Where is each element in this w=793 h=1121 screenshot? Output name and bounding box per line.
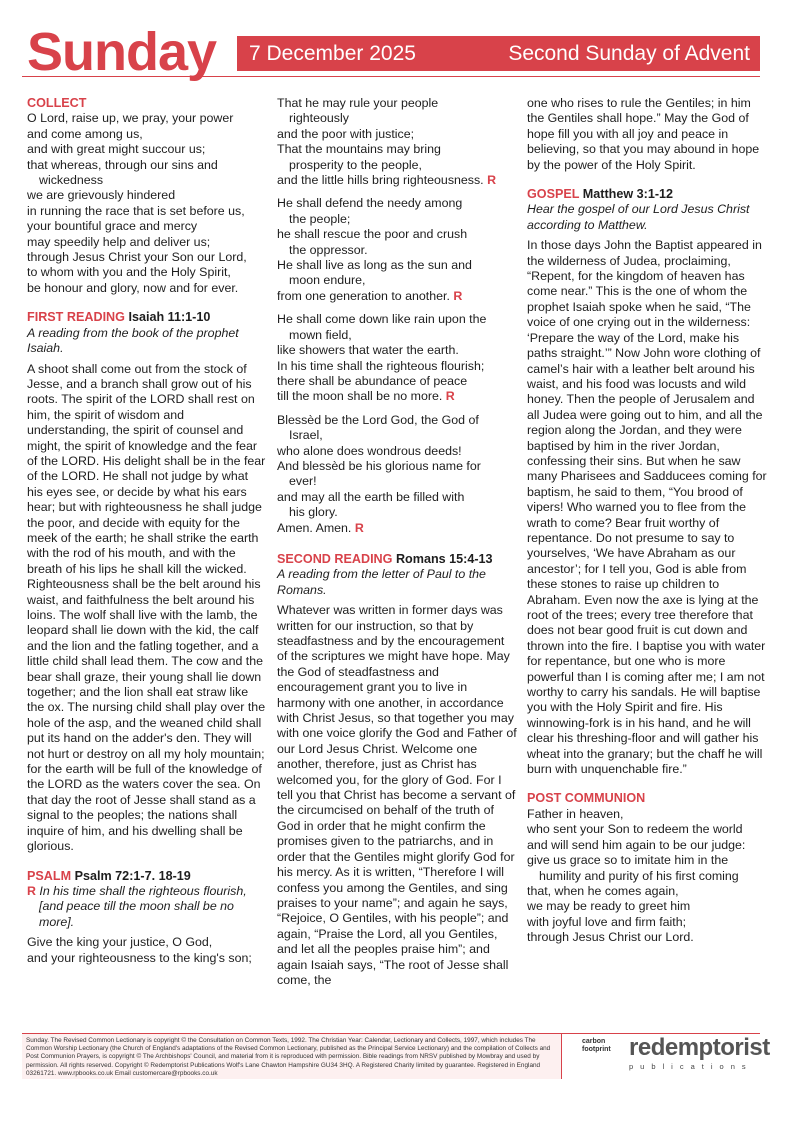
post-communion-line: that, when he comes again,: [527, 884, 767, 899]
publisher-logo: redemptorist publications: [629, 1034, 764, 1071]
post-communion-heading: POST COMMUNION: [527, 791, 767, 806]
psalm-line: Blessèd be the Lord God, the God of: [277, 413, 517, 428]
response-marker: R: [487, 173, 496, 187]
page-footer: Sunday. The Revised Common Lectionary is…: [22, 1033, 760, 1078]
collect-line: and come among us,: [27, 127, 267, 142]
psalm-line: That the mountains may bring: [277, 142, 517, 157]
psalm-line: there shall be abundance of peace: [277, 374, 517, 389]
second-reading-text: Whatever was written in former days was …: [277, 603, 517, 988]
column-2: That he may rule your people righteously…: [277, 96, 517, 998]
psalm-reference: Psalm 72:1-7. 18-19: [75, 869, 191, 883]
psalm-heading: PSALM Psalm 72:1-7. 18-19: [27, 869, 267, 884]
gospel-section: GOSPEL Matthew 3:1-12 Hear the gospel of…: [527, 187, 767, 777]
gospel-heading: GOSPEL Matthew 3:1-12: [527, 187, 767, 202]
collect-line: to whom with you and the Holy Spirit,: [27, 265, 267, 280]
first-reading-intro: A reading from the book of the prophet I…: [27, 326, 267, 357]
psalm-line: the oppressor.: [277, 243, 517, 258]
psalm-line: and the little hills bring righteousness…: [277, 173, 484, 187]
post-communion-line: through Jesus Christ our Lord.: [527, 930, 767, 945]
column-1: COLLECT O Lord, raise up, we pray, your …: [27, 96, 267, 976]
gospel-intro: Hear the gospel of our Lord Jesus Christ…: [527, 202, 767, 233]
psalm-line: from one generation to another.: [277, 289, 450, 303]
psalm-stanza-3: He shall come down like rain upon the mo…: [277, 312, 517, 404]
psalm-response: R In his time shall the righteous flouri…: [27, 884, 267, 930]
post-communion-line: give us grace so to imitate him in the: [527, 853, 767, 868]
occasion-text: Second Sunday of Advent: [508, 42, 750, 66]
psalm-line: like showers that water the earth.: [277, 343, 517, 358]
psalm-line: ever!: [277, 474, 517, 489]
first-reading-reference: Isaiah 11:1-10: [128, 310, 210, 324]
second-reading-heading: SECOND READING Romans 15:4-13: [277, 552, 517, 567]
psalm-line: and your righteousness to the king's son…: [27, 951, 267, 966]
post-communion-line: with joyful love and firm faith;: [527, 915, 767, 930]
psalm-line: Give the king your justice, O God,: [27, 935, 267, 950]
psalm-line: Amen. Amen.: [277, 521, 351, 535]
publisher-subtitle: publications: [629, 1062, 764, 1071]
publisher-name: redemptorist: [629, 1034, 764, 1062]
response-marker: R: [446, 389, 455, 403]
collect-heading: COLLECT: [27, 96, 267, 111]
second-reading-intro: A reading from the letter of Paul to the…: [277, 567, 517, 598]
psalm-line: till the moon shall be no more.: [277, 389, 442, 403]
collect-line: we are grievously hindered: [27, 188, 267, 203]
post-communion-line: humility and purity of his first coming: [527, 869, 767, 884]
psalm-line: prosperity to the people,: [277, 158, 517, 173]
post-communion-line: who sent your Son to redeem the world: [527, 822, 767, 837]
copyright-notice: Sunday. The Revised Common Lectionary is…: [22, 1034, 562, 1079]
first-reading-heading: FIRST READING Isaiah 11:1-10: [27, 310, 267, 325]
collect-line: through Jesus Christ your Son our Lord,: [27, 250, 267, 265]
post-communion-line: Father in heaven,: [527, 807, 767, 822]
second-reading-reference: Romans 15:4-13: [396, 552, 493, 566]
psalm-line: He shall come down like rain upon the: [277, 312, 517, 327]
psalm-line: and the poor with justice;: [277, 127, 517, 142]
collect-line: wickedness: [27, 173, 267, 188]
page-header: Sunday 7 December 2025 Second Sunday of …: [22, 20, 760, 82]
date-banner: 7 December 2025 Second Sunday of Advent: [237, 36, 760, 71]
psalm-line: he shall rescue the poor and crush: [277, 227, 517, 242]
psalm-line: and may all the earth be filled with: [277, 490, 517, 505]
psalm-line: the people;: [277, 212, 517, 227]
header-rule: [22, 76, 760, 77]
psalm-line: who alone does wondrous deeds!: [277, 444, 517, 459]
second-reading-continued: one who rises to rule the Gentiles; in h…: [527, 96, 767, 173]
psalm-line: That he may rule your people: [277, 96, 517, 111]
collect-line: O Lord, raise up, we pray, your power: [27, 111, 267, 126]
collect-line: be honour and glory, now and for ever.: [27, 281, 267, 296]
collect-line: your bountiful grace and mercy: [27, 219, 267, 234]
response-marker: R: [27, 884, 36, 898]
psalm-section: PSALM Psalm 72:1-7. 18-19 R In his time …: [27, 869, 267, 966]
second-reading-section: SECOND READING Romans 15:4-13 A reading …: [277, 552, 517, 988]
psalm-line: Israel,: [277, 428, 517, 443]
psalm-line: mown field,: [277, 328, 517, 343]
post-communion-line: and will send him again to be our judge:: [527, 838, 767, 853]
post-communion-section: POST COMMUNION Father in heaven, who sen…: [527, 791, 767, 945]
psalm-line: moon endure,: [277, 273, 517, 288]
day-title: Sunday: [27, 22, 216, 82]
collect-line: and with great might succour us;: [27, 142, 267, 157]
psalm-line: He shall defend the needy among: [277, 196, 517, 211]
collect-line: may speedily help and deliver us;: [27, 235, 267, 250]
date-text: 7 December 2025: [249, 42, 416, 66]
first-reading-section: FIRST READING Isaiah 11:1-10 A reading f…: [27, 310, 267, 854]
gospel-text: In those days John the Baptist appeared …: [527, 238, 767, 777]
second-reading-text-cont: one who rises to rule the Gentiles; in h…: [527, 96, 767, 173]
psalm-line: In his time shall the righteous flourish…: [277, 359, 517, 374]
gospel-reference: Matthew 3:1-12: [583, 187, 673, 201]
first-reading-text: A shoot shall come out from the stock of…: [27, 362, 267, 855]
psalm-stanza-4: Blessèd be the Lord God, the God of Isra…: [277, 413, 517, 536]
psalm-line: righteously: [277, 111, 517, 126]
psalm-stanza-1-cont: That he may rule your people righteously…: [277, 96, 517, 188]
psalm-line: He shall live as long as the sun and: [277, 258, 517, 273]
response-marker: R: [355, 521, 364, 535]
carbon-footprint-badge: carbon footprint: [582, 1038, 622, 1054]
psalm-line: And blessèd be his glorious name for: [277, 459, 517, 474]
collect-line: in running the race that is set before u…: [27, 204, 267, 219]
post-communion-line: we may be ready to greet him: [527, 899, 767, 914]
collect-line: that whereas, through our sins and: [27, 158, 267, 173]
psalm-line: his glory.: [277, 505, 517, 520]
response-marker: R: [453, 289, 462, 303]
collect-section: COLLECT O Lord, raise up, we pray, your …: [27, 96, 267, 296]
column-3: one who rises to rule the Gentiles; in h…: [527, 96, 767, 956]
psalm-stanza-2: He shall defend the needy among the peop…: [277, 196, 517, 304]
